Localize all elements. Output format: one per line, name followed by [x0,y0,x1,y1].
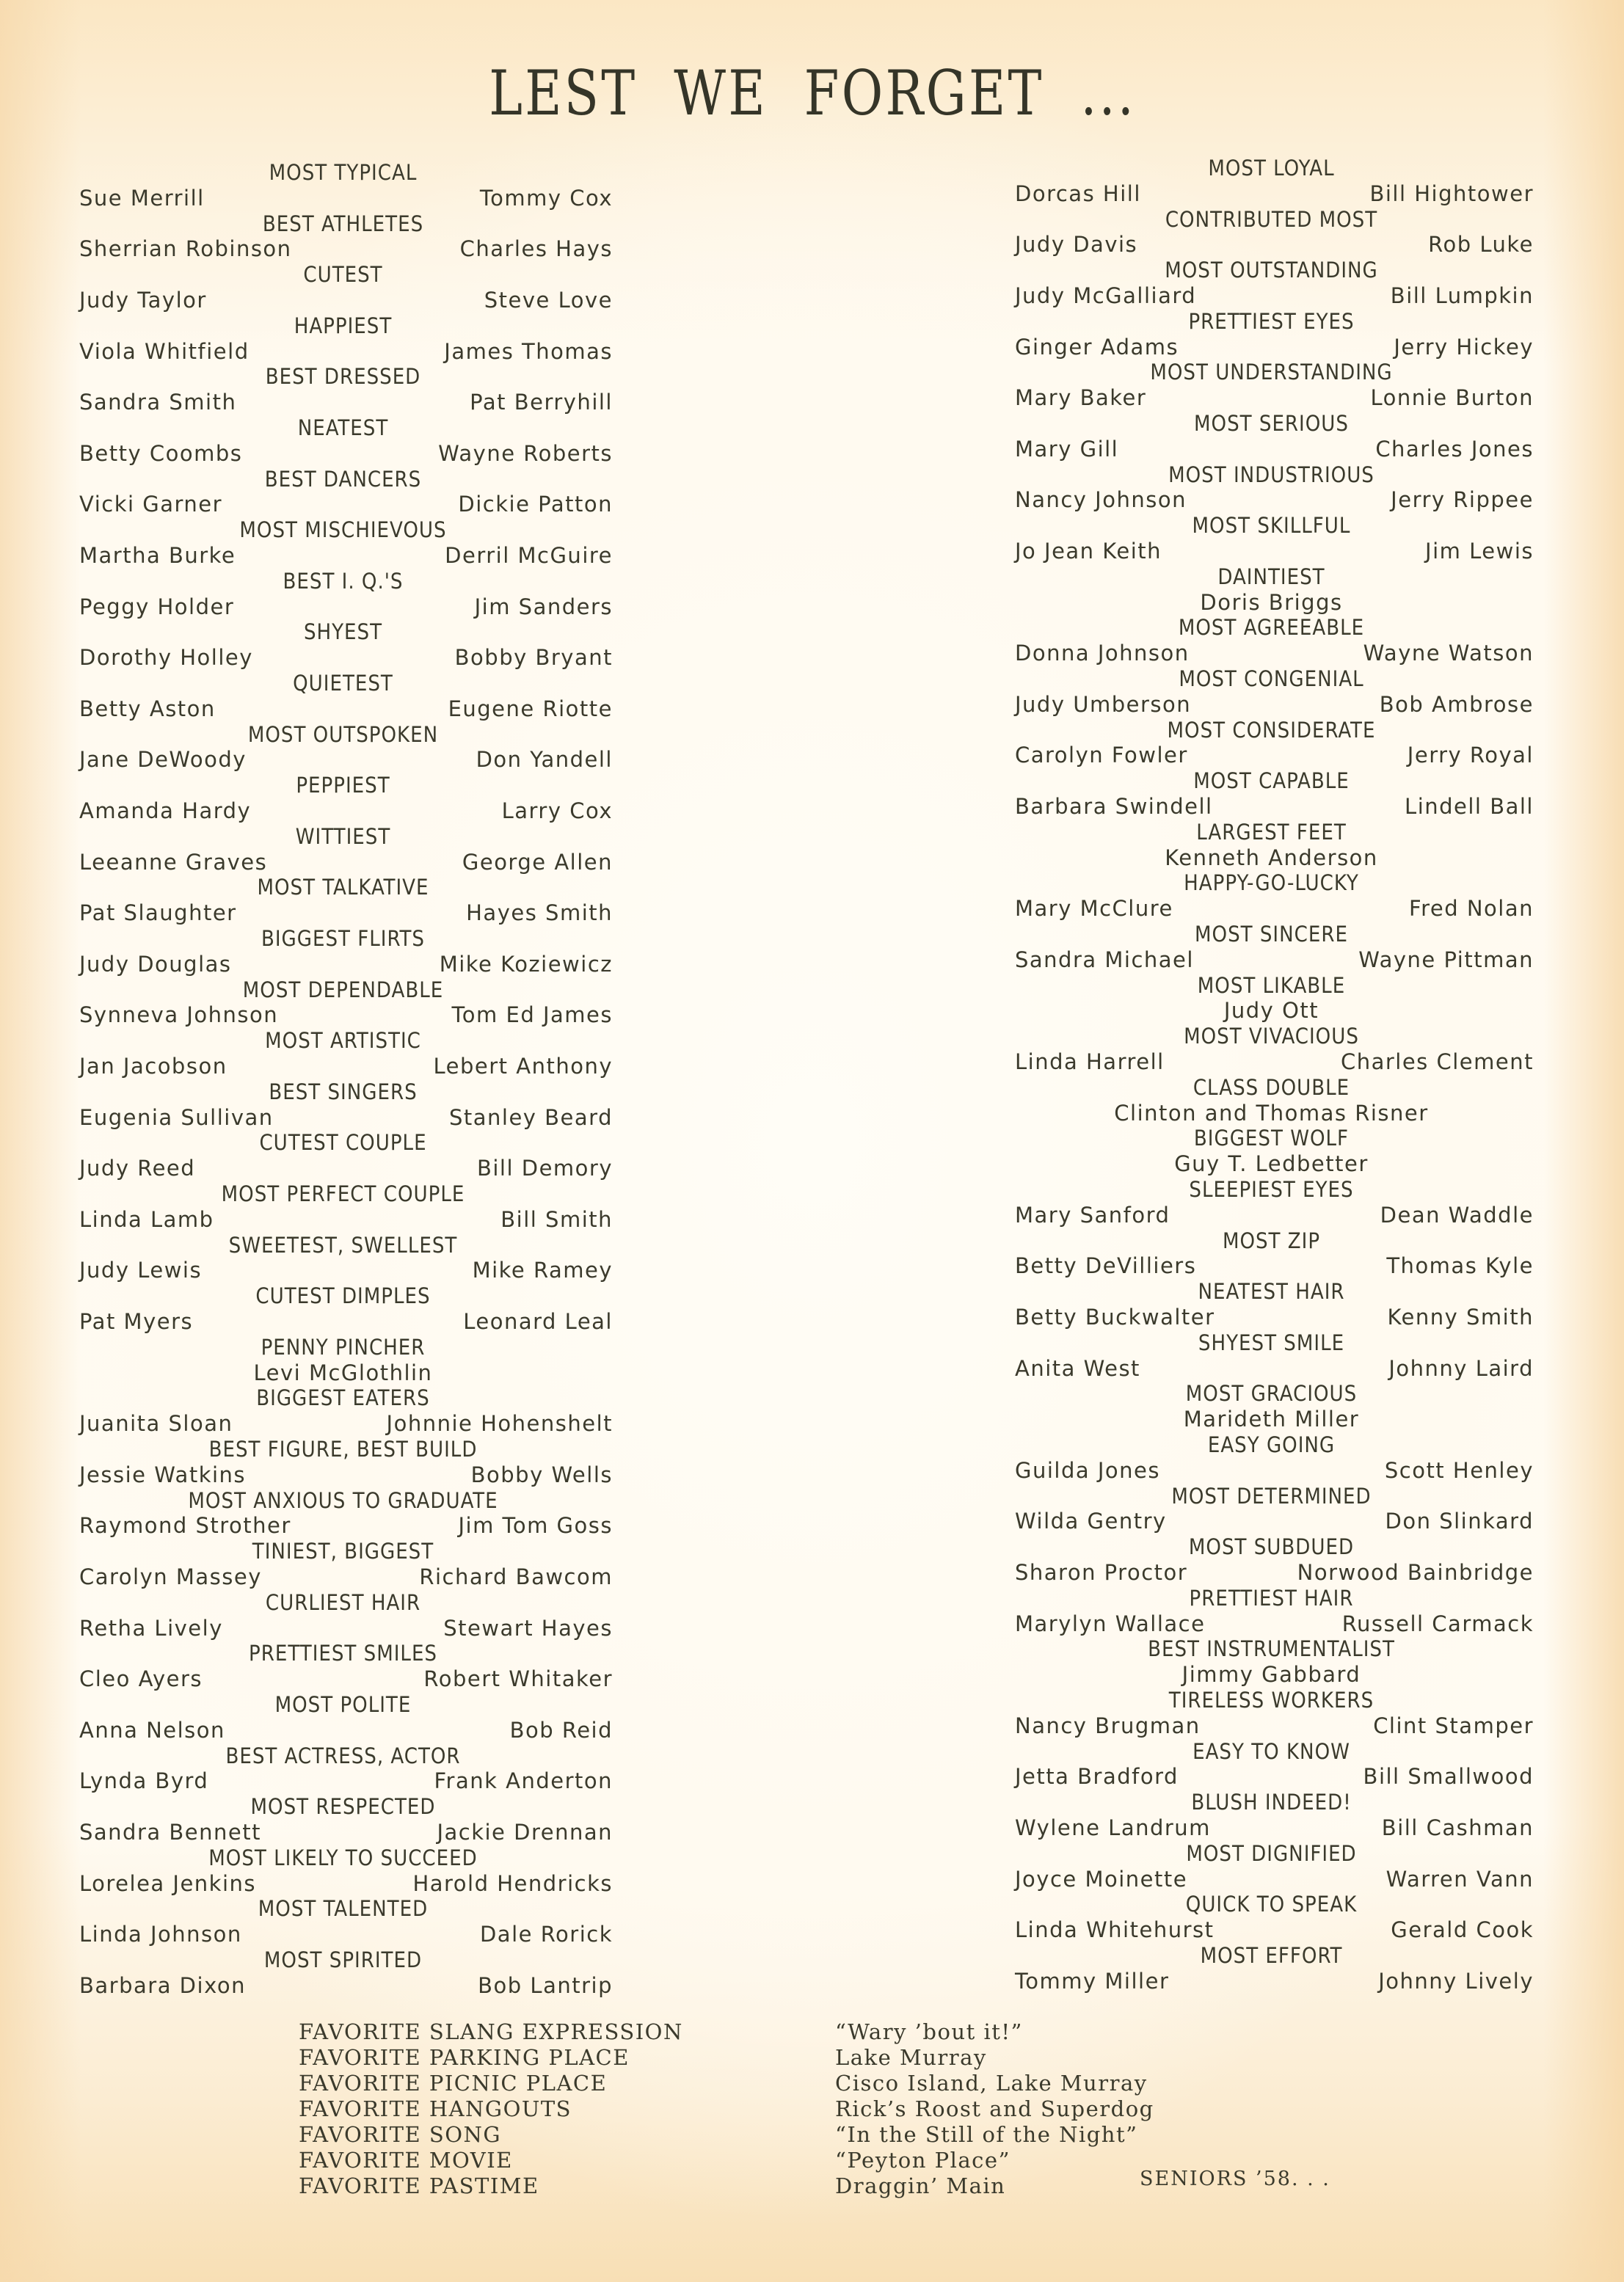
favorite-value: Cisco Island, Lake Murray [835,2071,1154,2096]
favorite-value: “Peyton Place” [835,2148,1154,2173]
favorite-label: FAVORITE PARKING PLACE [299,2045,683,2071]
winner-girl: Tommy Miller [1015,1966,1169,1996]
favorite-label: FAVORITE SLANG EXPRESSION [299,2019,683,2045]
page-title: LEST WE FORGET ... [147,57,1479,129]
favorite-label: FAVORITE PICNIC PLACE [299,2071,683,2096]
winner-boy: Bob Lantrip [478,1971,613,2000]
winner-pair: Barbara DixonBob Lantrip [73,1971,613,2000]
seniors-footer: SENIORS ’58. . . [1140,2168,1330,2190]
favorites-values: “Wary ’bout it!”Lake MurrayCisco Island,… [835,2019,1154,2199]
page-edge-right [1543,0,1624,2282]
favorite-value: “In the Still of the Night” [835,2122,1154,2148]
page-edge-left [0,0,81,2282]
winner-boy: Johnny Lively [1378,1966,1534,1996]
winner-girl: Barbara Dixon [79,1971,246,2000]
favorite-value: Draggin’ Main [835,2173,1154,2199]
winner-pair: Tommy MillerJohnny Lively [1009,1966,1534,1996]
favorite-value: Rick’s Roost and Superdog [835,2096,1154,2122]
favorite-label: FAVORITE SONG [299,2122,683,2148]
favorites-labels: FAVORITE SLANG EXPRESSIONFAVORITE PARKIN… [299,2019,683,2199]
favorite-value: Lake Murray [835,2045,1154,2071]
favorite-value: “Wary ’bout it!” [835,2019,1154,2045]
favorite-label: FAVORITE MOVIE [299,2148,683,2173]
favorite-label: FAVORITE PASTIME [299,2173,683,2199]
favorite-label: FAVORITE HANGOUTS [299,2096,683,2122]
